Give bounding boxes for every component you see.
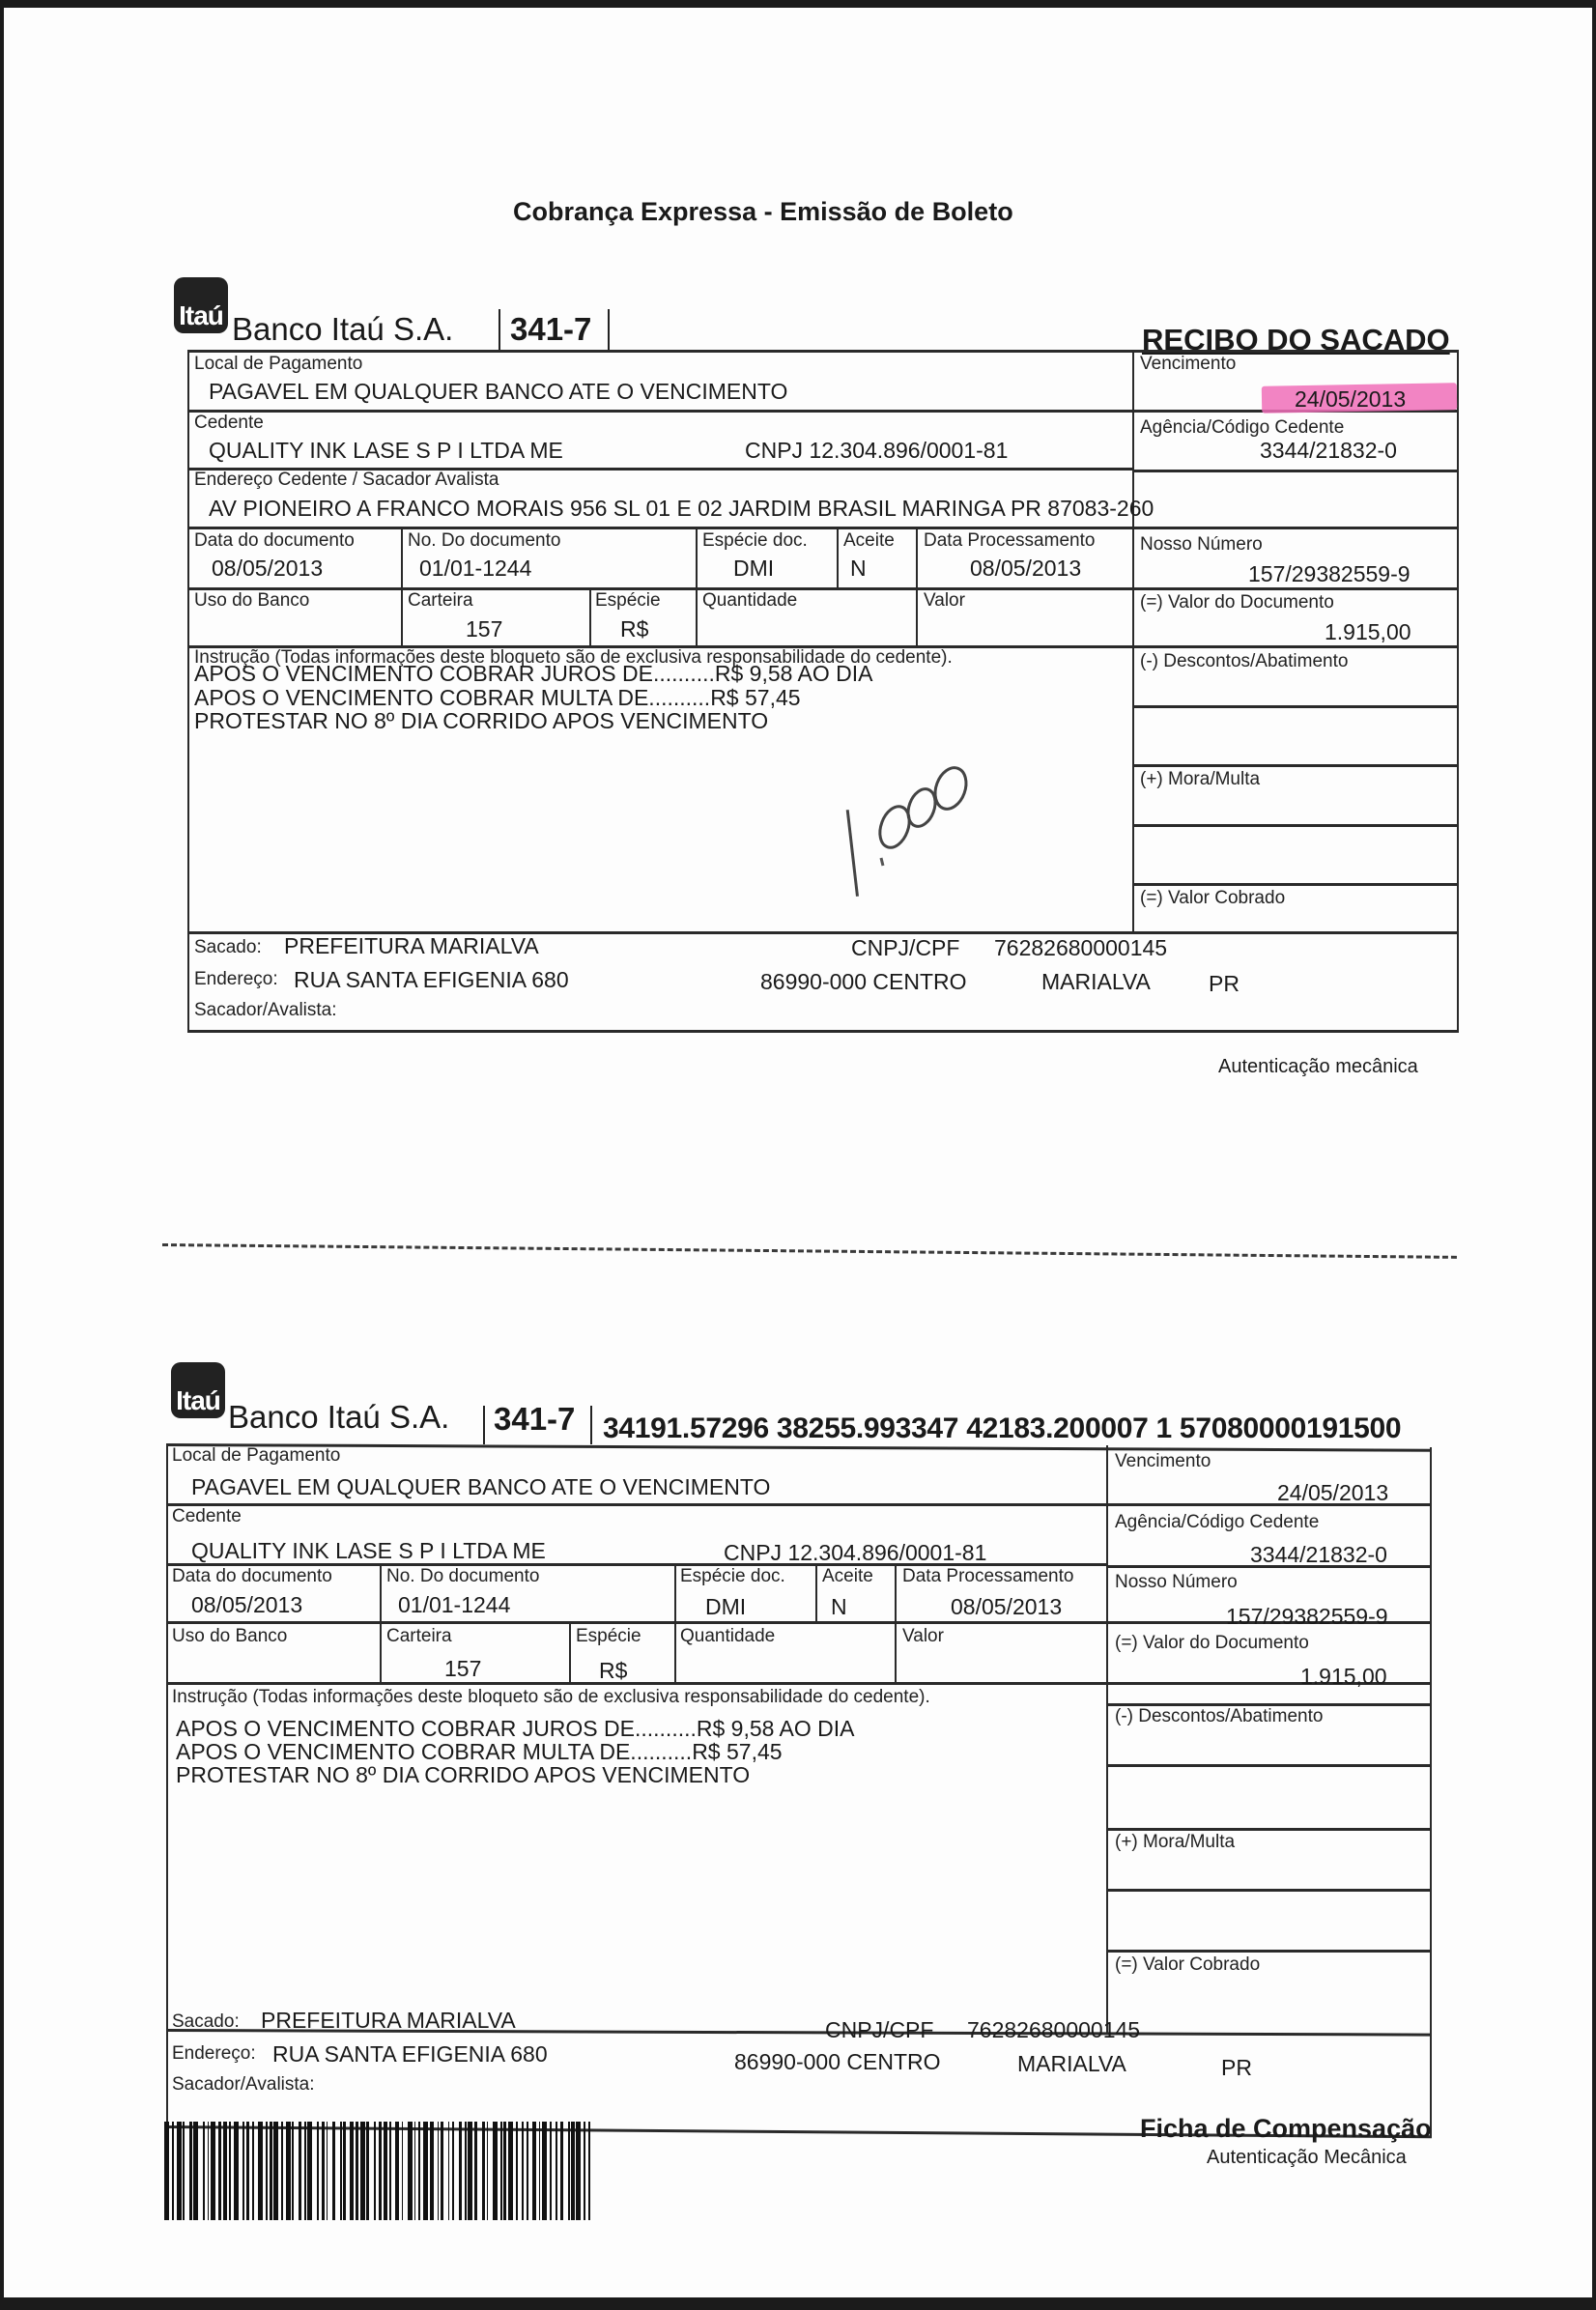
instrucao-line: APOS O VENCIMENTO COBRAR MULTA DE.......… bbox=[194, 687, 801, 708]
sacado-value: PREFEITURA MARIALVA bbox=[284, 933, 539, 959]
especie-doc-value: DMI bbox=[705, 1594, 746, 1620]
sacado-value: PREFEITURA MARIALVA bbox=[261, 2008, 516, 2034]
sacado-cnpj-label: CNPJ/CPF bbox=[825, 2017, 933, 2043]
numero-documento-label: No. Do documento bbox=[408, 530, 560, 552]
sacado-cidade: MARIALVA bbox=[1017, 2051, 1126, 2077]
autenticacao-mecanica: Autenticação Mecânica bbox=[1207, 2147, 1407, 2169]
sacado-cep-bairro: 86990-000 CENTRO bbox=[734, 2049, 941, 2075]
table-border bbox=[187, 350, 189, 1032]
vencimento-value: 24/05/2013 bbox=[1277, 1480, 1388, 1506]
endereco-cedente-value: AV PIONEIRO A FRANCO MORAIS 956 SL 01 E … bbox=[209, 496, 1154, 522]
sacado-endereco-label: Endereço: bbox=[194, 969, 278, 990]
row-line bbox=[1132, 883, 1459, 886]
instrucao-line: PROTESTAR NO 8º DIA CORRIDO APOS VENCIME… bbox=[194, 710, 768, 731]
numero-documento-label: No. Do documento bbox=[386, 1566, 539, 1587]
sacado-endereco-value: RUA SANTA EFIGENIA 680 bbox=[294, 967, 569, 993]
cut-line bbox=[162, 1243, 1457, 1259]
itau-logo: Itaú bbox=[174, 277, 228, 333]
bank-name: Banco Itaú S.A. bbox=[232, 311, 453, 348]
cedente-value: QUALITY INK LASE S P I LTDA ME bbox=[191, 1538, 546, 1564]
col-line bbox=[837, 527, 839, 587]
col-line bbox=[696, 587, 698, 648]
local-pagamento-label: Local de Pagamento bbox=[194, 354, 362, 375]
cedente-cnpj: CNPJ 12.304.896/0001-81 bbox=[745, 438, 1008, 464]
cedente-label: Cedente bbox=[194, 413, 264, 434]
quantidade-label: Quantidade bbox=[680, 1626, 775, 1647]
valor-documento-value: 1.915,00 bbox=[1300, 1664, 1387, 1690]
row-line bbox=[166, 1503, 1432, 1506]
sacado-label: Sacado: bbox=[172, 2011, 240, 2033]
aceite-value: N bbox=[850, 556, 867, 582]
numero-documento-value: 01/01-1244 bbox=[398, 1592, 510, 1618]
agencia-label: Agência/Código Cedente bbox=[1140, 417, 1344, 439]
document-page: Cobrança Expressa - Emissão de Boleto It… bbox=[4, 8, 1592, 2297]
row-line bbox=[1132, 470, 1459, 472]
data-documento-label: Data do documento bbox=[194, 530, 355, 552]
row-line bbox=[1106, 1828, 1432, 1831]
sacado-endereco-value: RUA SANTA EFIGENIA 680 bbox=[272, 2041, 548, 2068]
table-border bbox=[187, 1030, 1459, 1033]
agencia-label: Agência/Código Cedente bbox=[1115, 1512, 1319, 1533]
descontos-label: (-) Descontos/Abatimento bbox=[1115, 1706, 1323, 1727]
col-line bbox=[674, 1621, 676, 1685]
valor-label: Valor bbox=[902, 1626, 944, 1647]
instrucao-line: APOS O VENCIMENTO COBRAR MULTA DE.......… bbox=[176, 1741, 783, 1762]
row-line bbox=[1106, 1889, 1432, 1892]
mora-multa-label: (+) Mora/Multa bbox=[1115, 1832, 1235, 1853]
nosso-numero-label: Nosso Número bbox=[1140, 534, 1263, 556]
table-border bbox=[166, 1443, 168, 2127]
local-pagamento-value: PAGAVEL EM QUALQUER BANCO ATE O VENCIMEN… bbox=[191, 1474, 770, 1500]
valor-documento-label: (=) Valor do Documento bbox=[1140, 592, 1334, 613]
especie-label: Espécie bbox=[576, 1626, 641, 1647]
header-divider bbox=[608, 309, 610, 352]
data-processamento-label: Data Processamento bbox=[924, 530, 1095, 552]
aceite-label: Aceite bbox=[822, 1566, 873, 1587]
especie-doc-label: Espécie doc. bbox=[702, 530, 808, 552]
data-documento-label: Data do documento bbox=[172, 1566, 332, 1587]
vencimento-label: Vencimento bbox=[1140, 354, 1236, 375]
nosso-numero-value: 157/29382559-9 bbox=[1226, 1604, 1388, 1630]
row-line bbox=[1132, 824, 1459, 827]
descontos-label: (-) Descontos/Abatimento bbox=[1140, 651, 1348, 672]
sacador-avalista-label: Sacador/Avalista: bbox=[194, 1000, 337, 1021]
instrucao-line: PROTESTAR NO 8º DIA CORRIDO APOS VENCIME… bbox=[176, 1764, 750, 1785]
sacado-cnpj-value: 76282680000145 bbox=[967, 2017, 1140, 2043]
header-divider bbox=[590, 1406, 592, 1444]
carteira-value: 157 bbox=[444, 1656, 481, 1682]
vencimento-value: 24/05/2013 bbox=[1295, 386, 1406, 413]
especie-value: R$ bbox=[620, 616, 648, 642]
instrucoes-label: Instrução (Todas informações deste bloqu… bbox=[172, 1687, 930, 1708]
instrucao-line: APOS O VENCIMENTO COBRAR JUROS DE.......… bbox=[176, 1718, 855, 1739]
col-line bbox=[380, 1563, 382, 1685]
agencia-value: 3344/21832-0 bbox=[1250, 1542, 1387, 1568]
valor-cobrado-label: (=) Valor Cobrado bbox=[1140, 888, 1285, 909]
right-column-divider bbox=[1132, 350, 1134, 933]
local-pagamento-label: Local de Pagamento bbox=[172, 1445, 340, 1467]
endereco-cedente-label: Endereço Cedente / Sacador Avalista bbox=[194, 470, 499, 491]
col-line bbox=[569, 1621, 571, 1685]
aceite-label: Aceite bbox=[843, 530, 895, 552]
bank-code: 341-7 bbox=[494, 1401, 575, 1438]
valor-documento-value: 1.915,00 bbox=[1325, 619, 1411, 645]
sacado-cnpj-value: 76282680000145 bbox=[994, 935, 1167, 961]
sacado-label: Sacado: bbox=[194, 937, 262, 958]
data-processamento-label: Data Processamento bbox=[902, 1566, 1073, 1587]
nosso-numero-value: 157/29382559-9 bbox=[1248, 561, 1411, 587]
local-pagamento-value: PAGAVEL EM QUALQUER BANCO ATE O VENCIMEN… bbox=[209, 379, 787, 405]
col-line bbox=[815, 1563, 817, 1624]
sacado-uf: PR bbox=[1221, 2055, 1252, 2081]
row-line bbox=[1132, 764, 1459, 767]
col-line bbox=[401, 527, 403, 648]
row-line bbox=[1132, 705, 1459, 708]
table-border bbox=[187, 350, 1459, 353]
data-documento-value: 08/05/2013 bbox=[191, 1592, 302, 1618]
col-line bbox=[895, 1563, 897, 1685]
carteira-label: Carteira bbox=[386, 1626, 452, 1647]
table-border bbox=[1457, 350, 1459, 1032]
bank-code: 341-7 bbox=[510, 311, 591, 348]
uso-banco-label: Uso do Banco bbox=[172, 1626, 287, 1647]
agencia-value: 3344/21832-0 bbox=[1260, 438, 1397, 464]
col-line bbox=[916, 527, 918, 648]
page-title: Cobrança Expressa - Emissão de Boleto bbox=[513, 197, 1013, 227]
sacado-uf: PR bbox=[1209, 971, 1240, 997]
handwritten-annotation bbox=[835, 742, 1028, 897]
row-line bbox=[187, 527, 1459, 529]
uso-banco-label: Uso do Banco bbox=[194, 590, 309, 612]
section-title: Ficha de Compensação bbox=[1140, 2114, 1432, 2144]
nosso-numero-label: Nosso Número bbox=[1115, 1572, 1238, 1593]
especie-value: R$ bbox=[599, 1658, 627, 1684]
sacado-cnpj-label: CNPJ/CPF bbox=[851, 935, 959, 961]
carteira-label: Carteira bbox=[408, 590, 473, 612]
linha-digitavel[interactable]: 34191.57296 38255.993347 42183.200007 1 … bbox=[603, 1412, 1401, 1445]
data-processamento-value: 08/05/2013 bbox=[951, 1594, 1062, 1620]
carteira-value: 157 bbox=[466, 616, 502, 642]
row-line bbox=[166, 1682, 1432, 1685]
row-line bbox=[1106, 1764, 1432, 1767]
mora-multa-label: (+) Mora/Multa bbox=[1140, 769, 1260, 790]
sacado-cep-bairro: 86990-000 CENTRO bbox=[760, 969, 967, 995]
sacador-avalista-label: Sacador/Avalista: bbox=[172, 2074, 315, 2096]
cedente-label: Cedente bbox=[172, 1506, 242, 1527]
aceite-value: N bbox=[831, 1594, 847, 1620]
itau-logo: Itaú bbox=[171, 1362, 225, 1418]
cedente-cnpj: CNPJ 12.304.896/0001-81 bbox=[724, 1540, 986, 1566]
header-divider bbox=[483, 1406, 485, 1444]
especie-doc-label: Espécie doc. bbox=[680, 1566, 785, 1587]
bank-name: Banco Itaú S.A. bbox=[228, 1399, 449, 1436]
especie-doc-value: DMI bbox=[733, 556, 774, 582]
header-divider bbox=[499, 309, 500, 352]
barcode bbox=[164, 2122, 595, 2220]
numero-documento-value: 01/01-1244 bbox=[419, 556, 531, 582]
valor-documento-label: (=) Valor do Documento bbox=[1115, 1633, 1309, 1654]
row-line bbox=[187, 587, 1459, 590]
data-documento-value: 08/05/2013 bbox=[212, 556, 323, 582]
valor-cobrado-label: (=) Valor Cobrado bbox=[1115, 1954, 1260, 1976]
data-processamento-value: 08/05/2013 bbox=[970, 556, 1081, 582]
autenticacao-mecanica: Autenticação mecânica bbox=[1218, 1056, 1418, 1078]
col-line bbox=[589, 587, 591, 648]
sacado-cidade: MARIALVA bbox=[1041, 969, 1151, 995]
vencimento-label: Vencimento bbox=[1115, 1451, 1211, 1472]
especie-label: Espécie bbox=[595, 590, 661, 612]
row-line bbox=[1106, 1950, 1432, 1953]
sacado-endereco-label: Endereço: bbox=[172, 2043, 256, 2065]
valor-label: Valor bbox=[924, 590, 965, 612]
instrucao-line: APOS O VENCIMENTO COBRAR JUROS DE.......… bbox=[194, 663, 873, 684]
right-column-divider bbox=[1106, 1445, 1108, 2033]
cedente-value: QUALITY INK LASE S P I LTDA ME bbox=[209, 438, 563, 464]
col-line bbox=[696, 527, 698, 587]
col-line bbox=[674, 1563, 676, 1624]
quantidade-label: Quantidade bbox=[702, 590, 797, 612]
